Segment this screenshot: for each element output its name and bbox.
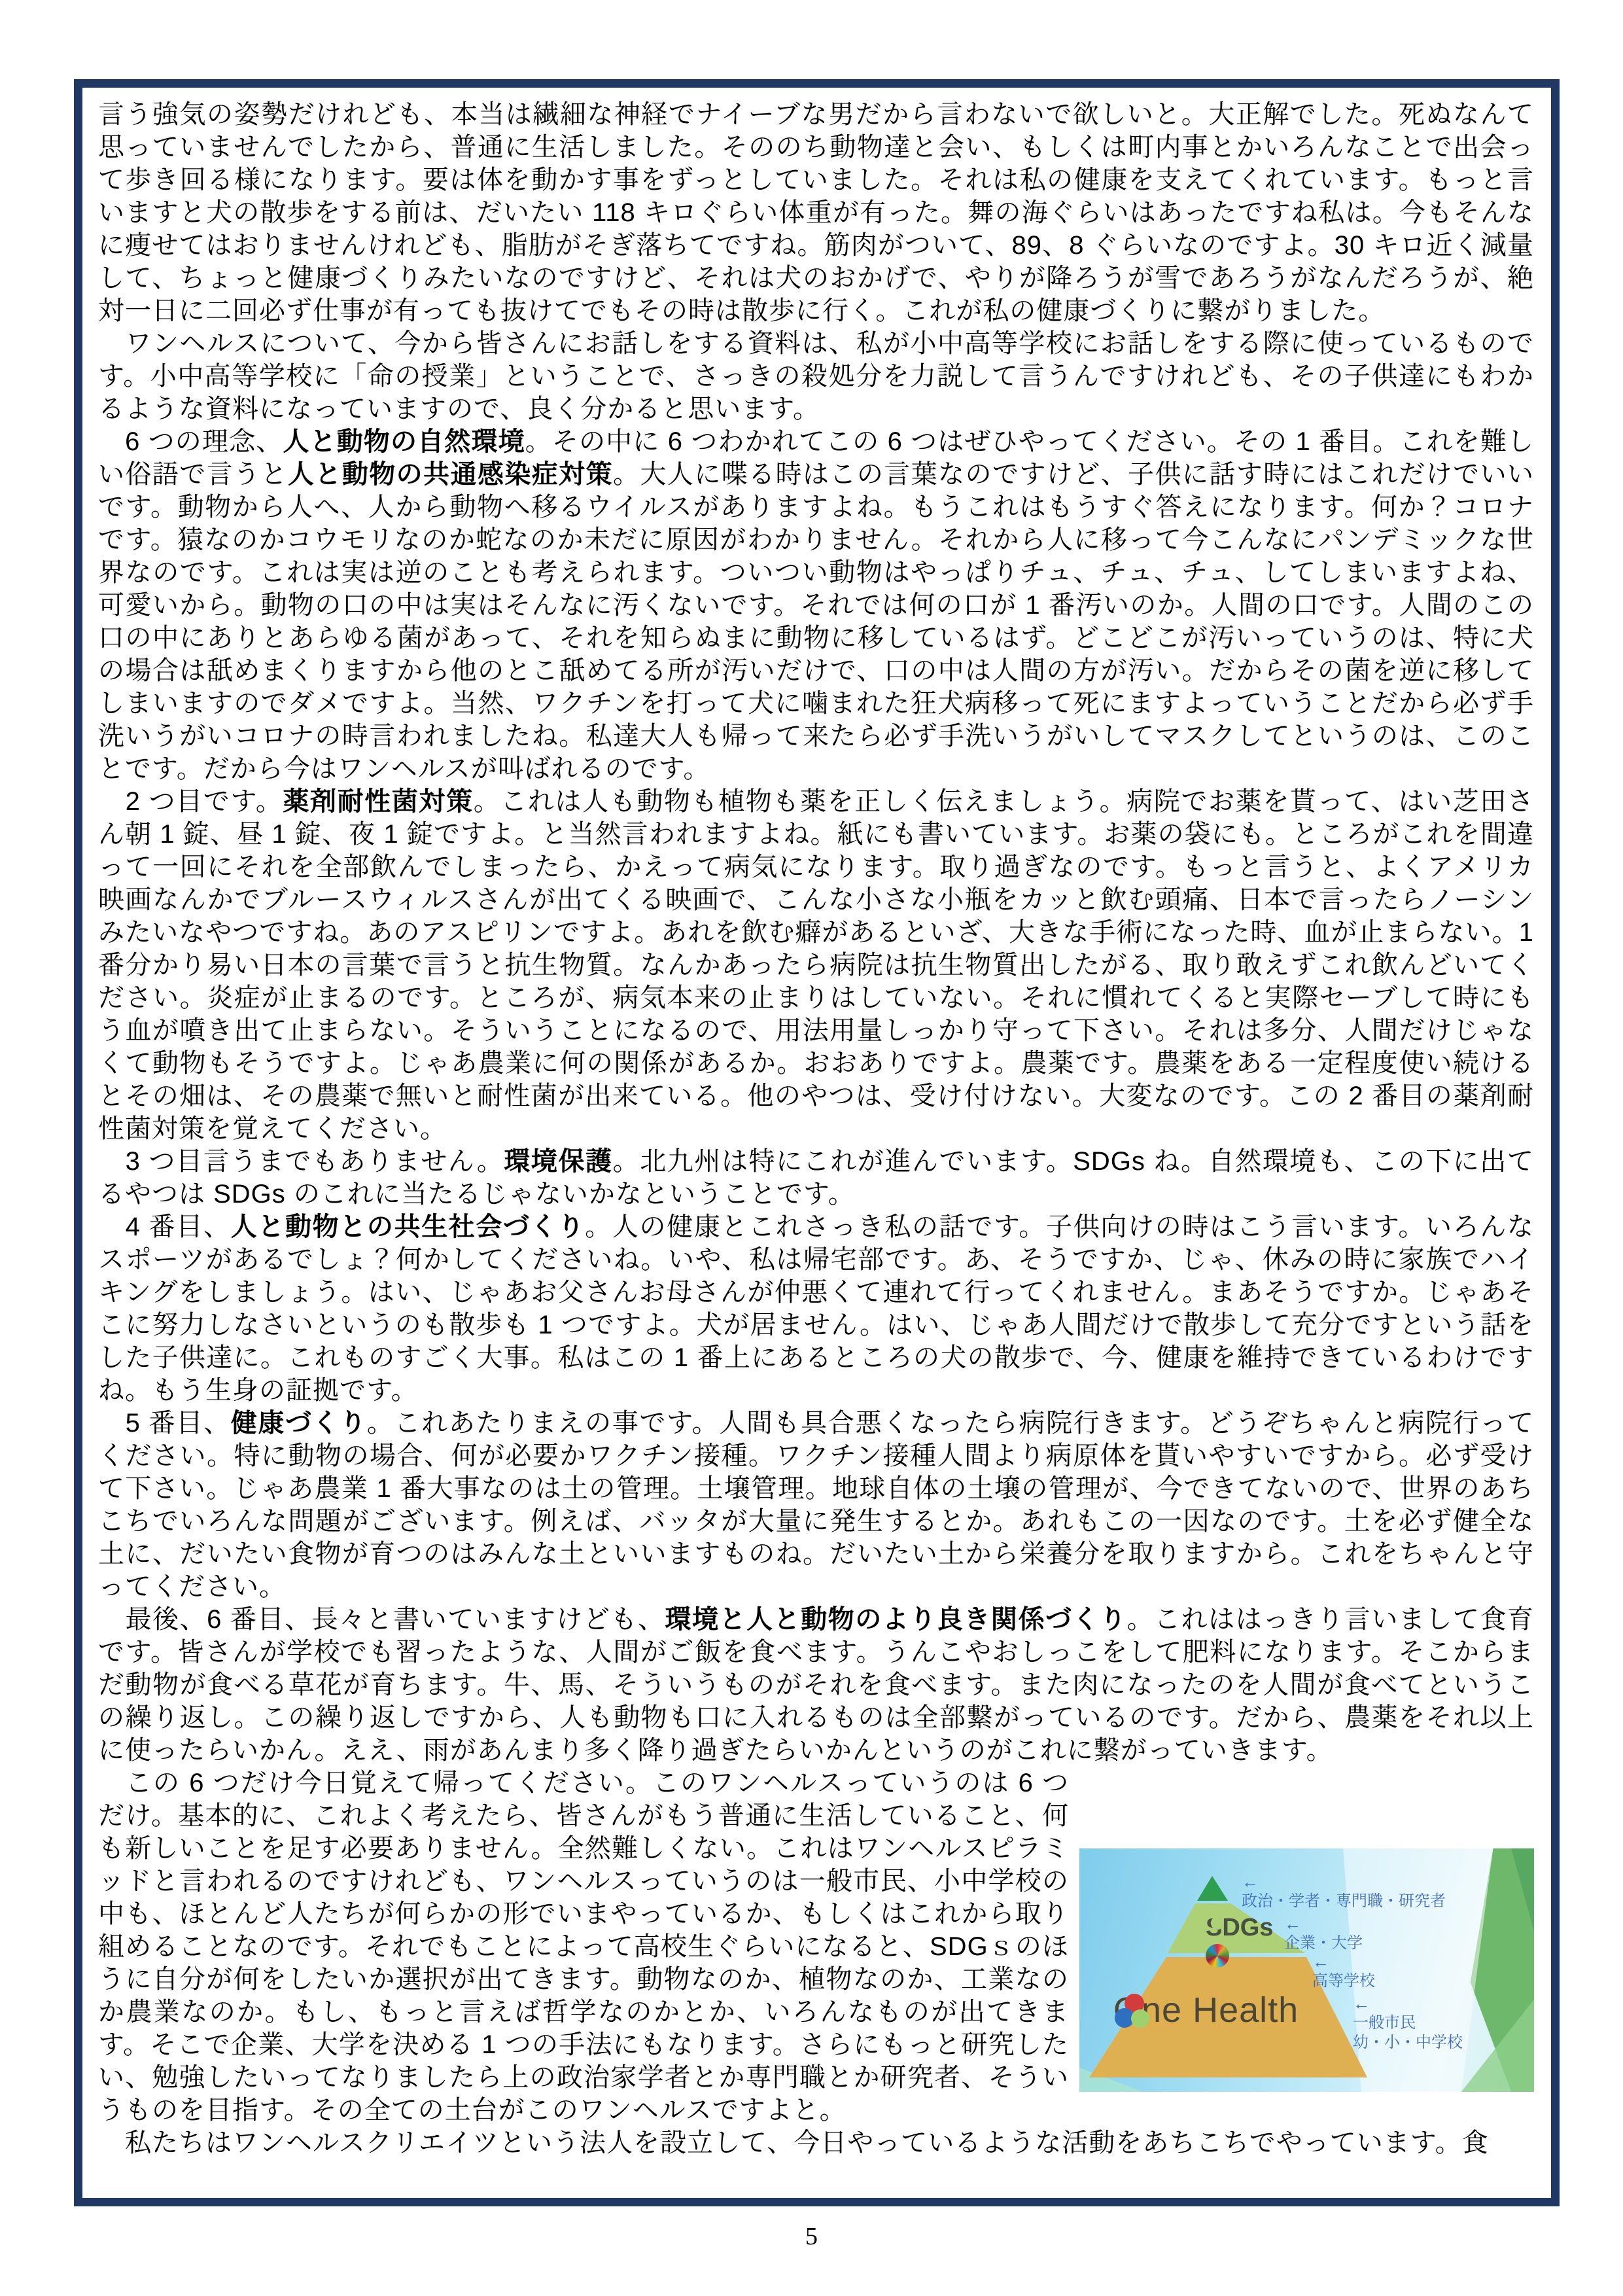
body-text: 。人の健康とこれさっき私の話です。子供向けの時はこう言います。いろんなスポーツが… (98, 1212, 1534, 1405)
body-text: 5 番目、 (98, 1409, 231, 1438)
body-text: 。これは人も動物も植物も薬を正しく伝えましょう。病院でお薬を貰って、はい芝田さん… (98, 787, 1534, 1143)
left-arrow-icon: ← (1242, 1872, 1446, 1892)
pyramid-label-general-citizens: ← 一般市民 幼・小・中学校 (1353, 1994, 1463, 2053)
body-text: 3 つ目言うまでもありません。 (98, 1147, 504, 1176)
paragraph: 6 つの理念、人と動物の自然環境。その中に 6 つわかれてこの 6 つはぜひやっ… (98, 425, 1534, 785)
body-text: 6 つの理念、 (98, 427, 283, 456)
paragraph: 4 番目、人と動物との共生社会づくり。人の健康とこれさっき私の話です。子供向けの… (98, 1210, 1534, 1407)
document-page: { "page": { "number": "5" }, "colors": {… (0, 0, 1623, 2296)
body-text: 最後、6 番目、長々と書いていますけども、 (98, 1605, 665, 1634)
body-text: 4 番目、 (98, 1212, 231, 1241)
onehealth-pyramid-photo: SDGs One Health ← 政治・学者・専門職・研究者 ← 企業・大学 … (1079, 1848, 1534, 2092)
bold-keyword: 人と動物の自然環境 (283, 427, 525, 456)
bold-keyword: 環境と人と動物のより良き関係づくり (665, 1605, 1127, 1634)
bold-keyword: 人と動物の共通感染症対策 (288, 460, 613, 489)
paragraph: SDGs One Health ← 政治・学者・専門職・研究者 ← 企業・大学 … (98, 1767, 1534, 2127)
pyramid-label-politics-scholars: ← 政治・学者・専門職・研究者 (1242, 1872, 1446, 1911)
pyramid-label-companies-universities: ← 企業・大学 (1284, 1914, 1363, 1953)
paragraph: 3 つ目言うまでもありません。環境保護。北九州は特にこれが進んでいます。SDGs… (98, 1145, 1534, 1210)
one-health-label: One Health (1113, 1994, 1299, 2033)
body-text: 。大人に喋る時はこの言葉なのですけど、子供に話す時にはこれだけでいいです。動物か… (98, 460, 1534, 783)
one-health-logo-icon (1113, 2026, 1151, 2064)
left-arrow-icon: ← (1312, 1952, 1375, 1971)
body-text: 私たちはワンヘルスクリエイツという法人を設立して、今日やっているような活動をあち… (98, 2128, 1489, 2157)
paragraph: 2 つ目です。薬剤耐性菌対策。これは人も動物も植物も薬を正しく伝えましょう。病院… (98, 785, 1534, 1145)
body-text: 。これあたりまえの事です。人間も具合悪くなったら病院行きます。どうぞちゃんと病院… (98, 1409, 1534, 1601)
bold-keyword: 薬剤耐性菌対策 (283, 787, 473, 816)
body-text: この 6 つだけ今日覚えて帰ってください。このワンヘルスっていうのは 6 つだけ… (98, 1769, 1069, 2125)
page-number: 5 (0, 2222, 1623, 2251)
left-arrow-icon: ← (1284, 1914, 1363, 1934)
page-border: 言う強気の姿勢だけれども、本当は繊細な神経でナイーブな男だから言わないで欲しいと… (74, 79, 1560, 2206)
sdgs-label: SDGs (1206, 1911, 1273, 1937)
paragraph: ワンヘルスについて、今から皆さんにお話しをする資料は、私が小中高等学校にお話しを… (98, 327, 1534, 425)
sdgs-wheel-icon (1206, 1944, 1229, 1968)
body-text: ワンヘルスについて、今から皆さんにお話しをする資料は、私が小中高等学校にお話しを… (98, 329, 1534, 423)
bold-keyword: 健康づくり (231, 1409, 367, 1438)
page-content: 言う強気の姿勢だけれども、本当は繊細な神経でナイーブな男だから言わないで欲しいと… (82, 88, 1551, 2159)
body-text: 言う強気の姿勢だけれども、本当は繊細な神経でナイーブな男だから言わないで欲しいと… (98, 100, 1534, 325)
paragraph: 最後、6 番目、長々と書いていますけども、環境と人と動物のより良き関係づくり。こ… (98, 1603, 1534, 1767)
pyramid-label-high-school: ← 高等学校 (1312, 1952, 1375, 1991)
body-text: 2 つ目です。 (98, 787, 283, 816)
left-arrow-icon: ← (1353, 1994, 1463, 2013)
paragraph: 言う強気の姿勢だけれども、本当は繊細な神経でナイーブな男だから言わないで欲しいと… (98, 98, 1534, 327)
paragraph: 5 番目、健康づくり。これあたりまえの事です。人間も具合悪くなったら病院行きます… (98, 1407, 1534, 1603)
bold-keyword: 環境保護 (504, 1147, 612, 1176)
bold-keyword: 人と動物との共生社会づくり (231, 1212, 585, 1241)
paragraph: 私たちはワンヘルスクリエイツという法人を設立して、今日やっているような活動をあち… (98, 2127, 1534, 2159)
